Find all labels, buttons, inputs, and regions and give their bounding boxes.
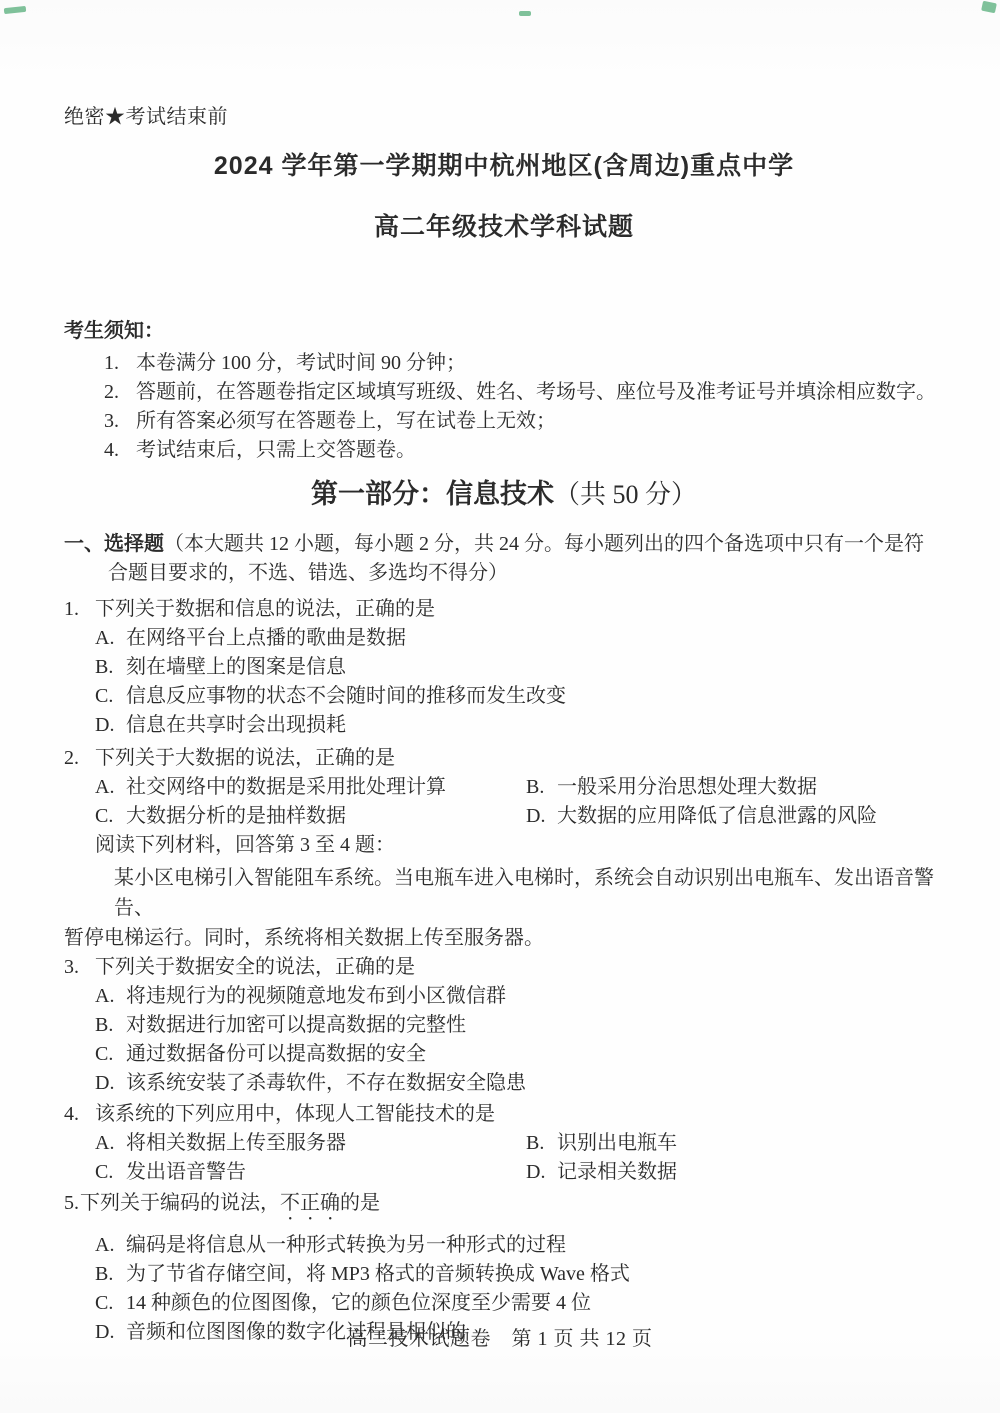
option-c: C.信息反应事物的状态不会随时间的推移而发生改变 <box>95 682 944 711</box>
page-content: 绝密★考试结束前 2024 学年第一学期期中杭州地区(含周边)重点中学 高二年级… <box>0 0 1000 1347</box>
notice-item-text: 考试结束后，只需上交答题卷。 <box>136 439 416 461</box>
question-3-stem-row: 3.下列关于数据安全的说法，正确的是 <box>64 953 944 982</box>
option-label: C. <box>95 1158 126 1187</box>
option-text: 将违规行为的视频随意地发布到小区微信群 <box>126 985 506 1007</box>
reading-material-note: 阅读下列材料，回答第 3 至 4 题： <box>64 831 944 860</box>
option-b: B.为了节省存储空间，将 MP3 格式的音频转换成 Wave 格式 <box>95 1260 944 1289</box>
question-number: 4. <box>64 1100 95 1129</box>
notice-item-4: 4.考试结束后，只需上交答题卷。 <box>104 436 944 465</box>
question-2: 2.下列关于大数据的说法，正确的是 A.社交网络中的数据是采用批处理计算 B.一… <box>64 744 944 860</box>
option-label: A. <box>95 1129 126 1158</box>
mc-section-label: 一、选择题 <box>64 533 164 555</box>
notice-item-3: 3.所有答案必须写在答题卷上，写在试卷上无效； <box>104 407 944 436</box>
notice-item-2: 2.答题前，在答题卷指定区域填写班级、姓名、考场号、座位号及准考证号并填涂相应数… <box>104 378 944 407</box>
notice-item-text: 所有答案必须写在答题卷上，写在试卷上无效； <box>136 410 556 432</box>
mc-description-part1: （本大题共 12 小题，每小题 2 分，共 24 分。每小题列出的四个备选项中只… <box>164 533 924 555</box>
notice-item-1: 1.本卷满分 100 分，考试时间 90 分钟； <box>104 349 944 378</box>
option-label: B. <box>95 653 126 682</box>
option-text: 社交网络中的数据是采用批处理计算 <box>126 776 446 798</box>
option-a: A.社交网络中的数据是采用批处理计算 <box>95 773 526 802</box>
mc-description-part2: 合题目要求的，不选、错选、多选均不得分） <box>64 559 944 588</box>
exam-subtitle: 高二年级技术学科试题 <box>64 211 944 243</box>
question-4: 4.该系统的下列应用中，体现人工智能技术的是 A.将相关数据上传至服务器 B.识… <box>64 1100 944 1187</box>
notice-list: 1.本卷满分 100 分，考试时间 90 分钟； 2.答题前，在答题卷指定区域填… <box>64 349 944 465</box>
option-d: D.记录相关数据 <box>526 1158 944 1187</box>
option-b: B.对数据进行加密可以提高数据的完整性 <box>95 1011 944 1040</box>
question-1-options: A.在网络平台上点播的歌曲是数据 B.刻在墙壁上的图案是信息 C.信息反应事物的… <box>64 624 944 740</box>
classification-label: 绝密★考试结束前 <box>64 104 944 130</box>
option-text: 刻在墙壁上的图案是信息 <box>126 656 346 678</box>
option-a: A.在网络平台上点播的歌曲是数据 <box>95 624 944 653</box>
option-a: A.将违规行为的视频随意地发布到小区微信群 <box>95 982 944 1011</box>
option-text: 为了节省存储空间，将 MP3 格式的音频转换成 Wave 格式 <box>126 1263 630 1285</box>
option-text: 信息在共享时会出现损耗 <box>126 714 346 736</box>
question-1: 1.下列关于数据和信息的说法，正确的是 A.在网络平台上点播的歌曲是数据 B.刻… <box>64 595 944 740</box>
question-2-options: A.社交网络中的数据是采用批处理计算 B.一般采用分治思想处理大数据 C.大数据… <box>64 773 944 831</box>
option-c: C.发出语音警告 <box>95 1158 526 1187</box>
option-c: C.通过数据备份可以提高数据的安全 <box>95 1040 944 1069</box>
option-label: C. <box>95 682 126 711</box>
option-label: C. <box>95 802 126 831</box>
option-label: C. <box>95 1040 126 1069</box>
option-text: 记录相关数据 <box>557 1161 677 1183</box>
question-number: 2. <box>64 744 95 773</box>
notice-item-text: 答题前，在答题卷指定区域填写班级、姓名、考场号、座位号及准考证号并填涂相应数字。 <box>136 381 936 403</box>
notice-item-number: 4. <box>104 436 136 465</box>
option-text: 对数据进行加密可以提高数据的完整性 <box>126 1014 466 1036</box>
option-text: 在网络平台上点播的歌曲是数据 <box>126 627 406 649</box>
option-d: D.大数据的应用降低了信息泄露的风险 <box>526 802 944 831</box>
page-footer: 高二技术试题卷 第 1 页 共 12 页 <box>0 1322 1000 1351</box>
option-d: D.该系统安装了杀毒软件，不存在数据安全隐患 <box>95 1069 944 1098</box>
material-line-2: 暂停电梯运行。同时，系统将相关数据上传至服务器。 <box>64 923 944 953</box>
mc-heading-line1: 一、选择题（本大题共 12 小题，每小题 2 分，共 24 分。每小题列出的四个… <box>64 530 944 559</box>
option-b: B.一般采用分治思想处理大数据 <box>526 773 944 802</box>
material-line-1: 某小区电梯引入智能阻车系统。当电瓶车进入电梯时，系统会自动识别出电瓶车、发出语音… <box>64 863 944 923</box>
multiple-choice-heading: 一、选择题（本大题共 12 小题，每小题 2 分，共 24 分。每小题列出的四个… <box>64 530 944 588</box>
option-label: A. <box>95 773 126 802</box>
section-heading: 第一部分：信息技术（共 50 分） <box>64 475 944 518</box>
option-label: A. <box>95 1231 126 1260</box>
option-a: A.编码是将信息从一种形式转换为另一种形式的过程 <box>95 1231 944 1260</box>
option-label: B. <box>526 1129 557 1158</box>
question-1-stem-row: 1.下列关于数据和信息的说法，正确的是 <box>64 595 944 624</box>
option-a: A.将相关数据上传至服务器 <box>95 1129 526 1158</box>
section-score-note: （共 50 分） <box>554 480 697 509</box>
question-number: 3. <box>64 953 95 982</box>
option-label: B. <box>526 773 557 802</box>
option-b: B.识别出电瓶车 <box>526 1129 944 1158</box>
option-label: B. <box>95 1260 126 1289</box>
question-stem: 下列关于数据安全的说法，正确的是 <box>95 956 415 978</box>
question-4-stem-row: 4.该系统的下列应用中，体现人工智能技术的是 <box>64 1100 944 1129</box>
option-text: 通过数据备份可以提高数据的安全 <box>126 1043 426 1065</box>
option-label: A. <box>95 982 126 1011</box>
notice-heading: 考生须知： <box>64 317 944 345</box>
option-text: 该系统安装了杀毒软件，不存在数据安全隐患 <box>126 1072 526 1094</box>
option-text: 信息反应事物的状态不会随时间的推移而发生改变 <box>126 685 566 707</box>
green-scan-mark-center <box>519 11 531 16</box>
option-text: 14 种颜色的位图图像，它的颜色位深度至少需要 4 位 <box>126 1292 591 1314</box>
exam-title: 2024 学年第一学期期中杭州地区(含周边)重点中学 <box>64 150 944 182</box>
question-2-stem-row: 2.下列关于大数据的说法，正确的是 <box>64 744 944 773</box>
question-stem: 下列关于数据和信息的说法，正确的是 <box>95 598 435 620</box>
question-number: 5. <box>64 1189 79 1218</box>
option-label: C. <box>95 1289 126 1318</box>
question-stem-pre: 下列关于编码的说法， <box>80 1192 280 1214</box>
option-c: C.大数据分析的是抽样数据 <box>95 802 526 831</box>
option-b: B.刻在墙壁上的图案是信息 <box>95 653 944 682</box>
question-3: 3.下列关于数据安全的说法，正确的是 A.将违规行为的视频随意地发布到小区微信群… <box>64 953 944 1098</box>
question-stem-post: 的是 <box>340 1192 380 1214</box>
option-label: D. <box>95 1069 126 1098</box>
option-text: 一般采用分治思想处理大数据 <box>557 776 817 798</box>
option-text: 识别出电瓶车 <box>557 1132 677 1154</box>
question-5-stem-row: 5.下列关于编码的说法，不正确的是 <box>64 1189 944 1225</box>
question-3-options: A.将违规行为的视频随意地发布到小区微信群 B.对数据进行加密可以提高数据的完整… <box>64 982 944 1098</box>
notice-item-number: 3. <box>104 407 136 436</box>
option-d: D.信息在共享时会出现损耗 <box>95 711 944 740</box>
notice-item-number: 2. <box>104 378 136 407</box>
question-number: 1. <box>64 595 95 624</box>
option-label: D. <box>95 711 126 740</box>
option-label: B. <box>95 1011 126 1040</box>
notice-item-text: 本卷满分 100 分，考试时间 90 分钟； <box>136 352 466 374</box>
option-text: 编码是将信息从一种形式转换为另一种形式的过程 <box>126 1234 566 1256</box>
notice-item-number: 1. <box>104 349 136 378</box>
option-label: D. <box>526 802 557 831</box>
question-stem: 下列关于大数据的说法，正确的是 <box>95 747 395 769</box>
option-label: A. <box>95 624 126 653</box>
option-text: 发出语音警告 <box>126 1161 246 1183</box>
exam-paper-page: 绝密★考试结束前 2024 学年第一学期期中杭州地区(含周边)重点中学 高二年级… <box>0 0 1000 1413</box>
reading-material: 某小区电梯引入智能阻车系统。当电瓶车进入电梯时，系统会自动识别出电瓶车、发出语音… <box>64 863 944 953</box>
section-title: 第一部分：信息技术 <box>311 479 554 509</box>
option-text: 大数据分析的是抽样数据 <box>126 805 346 827</box>
option-label: D. <box>526 1158 557 1187</box>
option-text: 大数据的应用降低了信息泄露的风险 <box>557 805 877 827</box>
question-4-options: A.将相关数据上传至服务器 B.识别出电瓶车 C.发出语音警告 D.记录相关数据 <box>64 1129 944 1187</box>
question-stem: 该系统的下列应用中，体现人工智能技术的是 <box>95 1103 495 1125</box>
question-stem-emphasized: 不正确 <box>280 1192 340 1214</box>
option-text: 将相关数据上传至服务器 <box>126 1132 346 1154</box>
option-c: C.14 种颜色的位图图像，它的颜色位深度至少需要 4 位 <box>95 1289 944 1318</box>
